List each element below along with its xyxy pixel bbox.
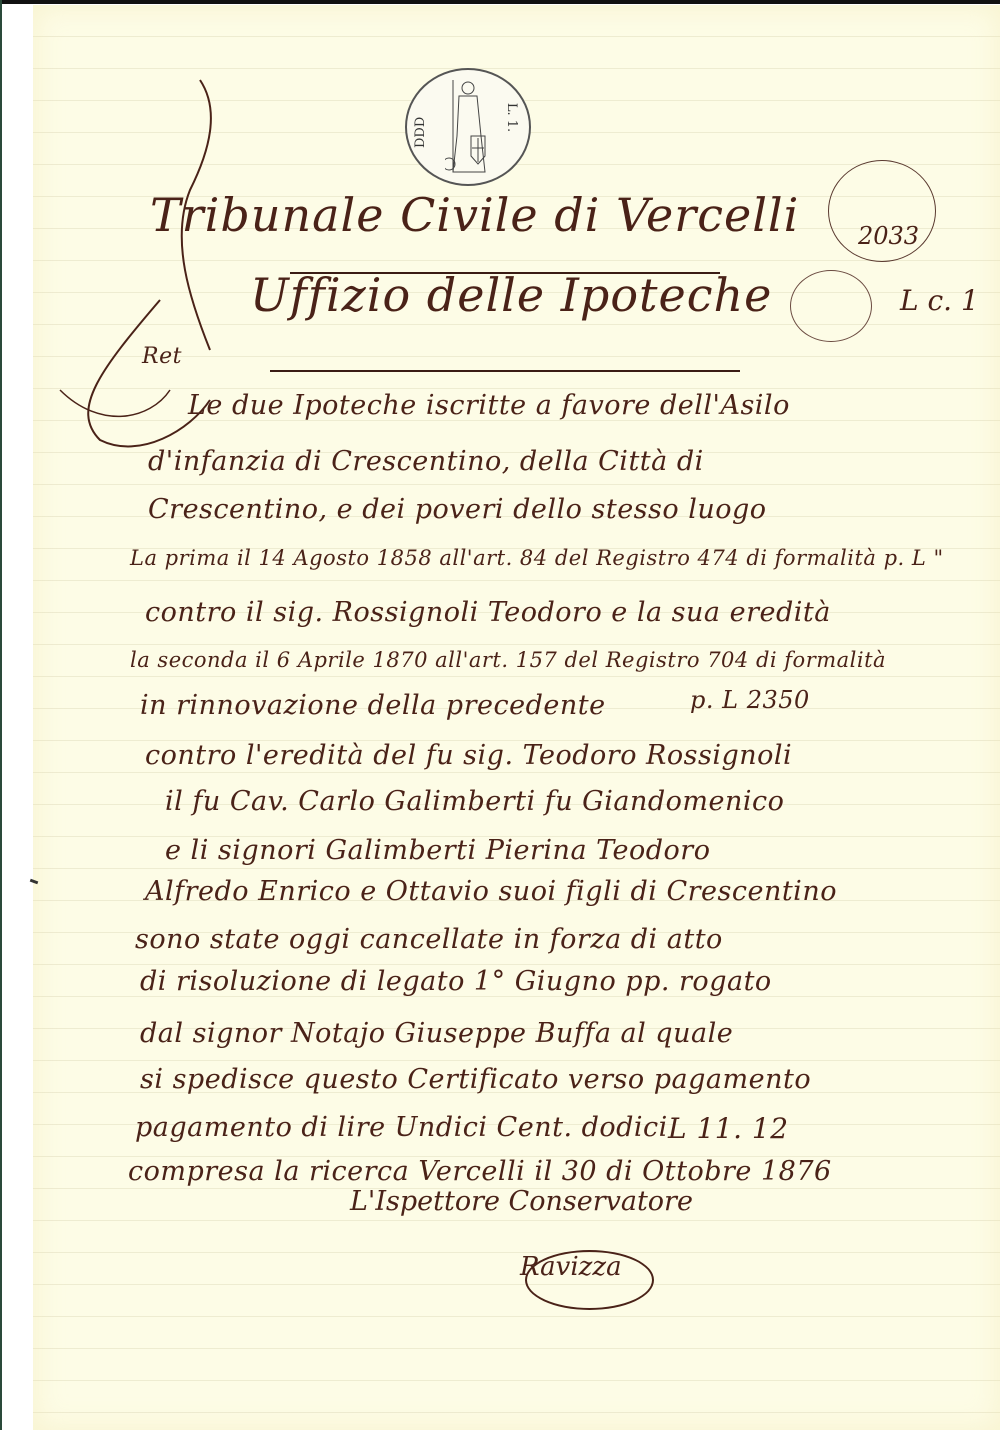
body-line: compresa la ricerca Vercelli il 30 di Ot… bbox=[128, 1156, 832, 1187]
office-title: Uffizio delle Ipoteche bbox=[250, 268, 772, 322]
revenue-stamp-seal: DDD L. 1. bbox=[405, 68, 531, 186]
body-line: in rinnovazione della precedente bbox=[140, 690, 606, 721]
signature: Ravizza bbox=[520, 1252, 622, 1282]
body-line: contro il sig. Rossignoli Teodoro e la s… bbox=[145, 597, 831, 628]
total-amount: L 11. 12 bbox=[668, 1112, 789, 1145]
body-line: Crescentino, e dei poveri dello stesso l… bbox=[148, 494, 767, 525]
scan-left-edge bbox=[0, 0, 2, 1444]
header-rule-lower bbox=[270, 370, 740, 372]
margin-note: Ret bbox=[142, 344, 182, 369]
body-line: La prima il 14 Agosto 1858 all'art. 84 d… bbox=[130, 546, 944, 570]
signatory-title: L'Ispettore Conservatore bbox=[350, 1186, 693, 1217]
fee-flourish bbox=[790, 270, 872, 342]
tribunal-title: Tribunale Civile di Vercelli bbox=[150, 188, 799, 242]
body-line: sono state oggi cancellate in forza di a… bbox=[135, 924, 723, 955]
body-line: di risoluzione di legato 1° Giugno pp. r… bbox=[140, 966, 772, 997]
allegorical-figure-icon bbox=[445, 76, 491, 176]
body-line: Alfredo Enrico e Ottavio suoi figli di C… bbox=[145, 876, 837, 907]
body-line: dal signor Notajo Giuseppe Buffa al qual… bbox=[140, 1018, 733, 1049]
stamp-right-text: L. 1. bbox=[504, 103, 519, 132]
fee-mark: L c. 1 bbox=[900, 284, 979, 317]
body-line: la seconda il 6 Aprile 1870 all'art. 157… bbox=[130, 648, 886, 672]
body-line: e li signori Galimberti Pierina Teodoro bbox=[165, 835, 710, 866]
body-line: Le due Ipoteche iscritte a favore dell'A… bbox=[188, 390, 790, 421]
body-line: d'infanzia di Crescentino, della Città d… bbox=[148, 446, 704, 477]
stamp-left-text: DDD bbox=[413, 117, 428, 148]
scan-top-border bbox=[0, 0, 1000, 4]
scan-bottom-edge bbox=[0, 1430, 1000, 1444]
body-line: si spedisce questo Certificato verso pag… bbox=[140, 1064, 811, 1095]
registry-number: 2033 bbox=[858, 222, 919, 250]
amount-2350: p. L 2350 bbox=[690, 686, 810, 714]
body-line: il fu Cav. Carlo Galimberti fu Giandomen… bbox=[165, 786, 784, 817]
body-line: pagamento di lire Undici Cent. dodici bbox=[135, 1112, 668, 1143]
body-line: contro l'eredità del fu sig. Teodoro Ros… bbox=[145, 740, 792, 771]
